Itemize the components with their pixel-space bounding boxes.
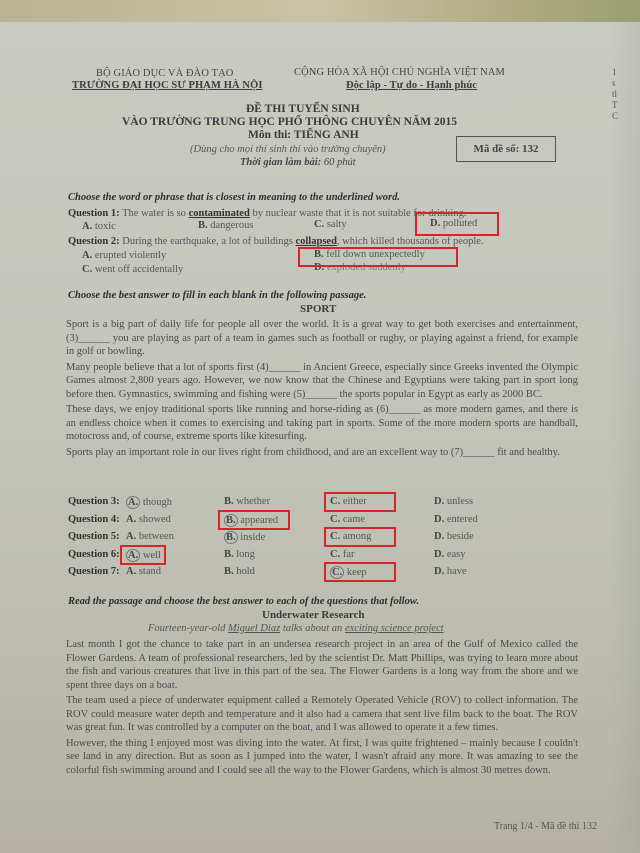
exam-code-label: Mã đề số: [473, 143, 519, 155]
republic-name: CỘNG HÒA XÃ HỘI CHỦ NGHĨA VIỆT NAM [294, 67, 505, 78]
section3-instruction: Read the passage and choose the best ans… [68, 596, 419, 607]
answer-mark-q6 [120, 545, 166, 565]
passage-paragraph: Sports play an important role in our liv… [66, 446, 578, 460]
adjacent-sheet-edge: 1stlTC [612, 67, 618, 122]
time-line: Thời gian làm bài: 60 phút [240, 157, 356, 168]
question-1-keyword: contaminated [189, 208, 250, 219]
q7-option-a[interactable]: A. stand [126, 566, 161, 577]
q3-option-d[interactable]: D. unless [434, 496, 473, 507]
question-2-label: Question 2: [68, 236, 120, 247]
motto: Độc lập - Tự do - Hạnh phúc [346, 80, 477, 91]
subject-label: Môn thi: [248, 129, 291, 141]
answer-mark-q2 [298, 247, 458, 267]
q6-option-b[interactable]: B. long [224, 549, 255, 560]
q4-option-d[interactable]: D. entered [434, 514, 478, 525]
q1-option-c[interactable]: C. salty [314, 219, 347, 230]
exam-note: (Dùng cho mọi thí sinh thi vào trường ch… [190, 144, 386, 155]
question-label: Question 3: [68, 496, 120, 507]
q6-option-c[interactable]: C. far [330, 549, 355, 560]
page-footer: Trang 1/4 - Mã đề thi 132 [494, 821, 597, 832]
question-2-text: During the earthquake, a lot of building… [122, 236, 293, 247]
university-name: TRƯỜNG ĐẠI HỌC SƯ PHẠM HÀ NỘI [72, 80, 263, 91]
section2-instruction: Choose the best answer to fill in each b… [68, 290, 366, 301]
section1-instruction: Choose the word or phrase that is closes… [68, 192, 400, 203]
q7-option-b[interactable]: B. hold [224, 566, 255, 577]
answer-mark-q4 [218, 510, 290, 530]
question-2-keyword: collapsed [295, 236, 336, 247]
ministry-name: BỘ GIÁO DỤC VÀ ĐÀO TẠO [96, 68, 233, 79]
q1-option-a[interactable]: A. toxic [82, 221, 116, 232]
exam-page: 1stlTC BỘ GIÁO DỤC VÀ ĐÀO TẠO TRƯỜNG ĐẠI… [0, 22, 640, 853]
question-label: Question 6: [68, 549, 120, 560]
q4-option-a[interactable]: A. showed [126, 514, 171, 525]
passage-sport: Sport is a big part of daily life for pe… [66, 318, 578, 461]
passage-paragraph: However, the thing I enjoyed most was di… [66, 737, 578, 778]
q6-option-d[interactable]: D. easy [434, 549, 466, 560]
passage-paragraph: The team used a piece of underwater equi… [66, 694, 578, 735]
q1-option-b[interactable]: B. dangerous [198, 220, 253, 231]
question-label: Question 7: [68, 566, 120, 577]
time-value: 60 phút [324, 157, 356, 168]
q5-option-b[interactable]: B. inside [224, 531, 265, 544]
passage-paragraph: These days, we enjoy traditional sports … [66, 403, 578, 444]
passage-title-sport: SPORT [300, 303, 336, 315]
q2-option-c[interactable]: C. went off accidentally [82, 264, 183, 275]
passage-paragraph: Many people believe that a lot of sports… [66, 361, 578, 402]
passage-subtitle: Fourteen-year-old Miguel Diaz talks abou… [148, 623, 444, 634]
exam-code: 132 [522, 143, 539, 155]
question-1: Question 1: The water is so contaminated… [68, 208, 466, 219]
question-1-label: Question 1: [68, 208, 120, 219]
passage-underwater: Last month I got the chance to take part… [66, 638, 578, 779]
q4-option-c[interactable]: C. came [330, 514, 365, 525]
q2-option-a[interactable]: A. erupted violently [82, 250, 166, 261]
exam-title: ĐỀ THI TUYỂN SINH [246, 103, 360, 115]
exam-code-box: Mã đề số: 132 [456, 136, 556, 162]
question-label: Question 5: [68, 531, 120, 542]
question-2-text-end: , which killed thousands of people. [337, 236, 484, 247]
q5-option-a[interactable]: A. between [126, 531, 174, 542]
answer-mark-q7 [324, 562, 396, 582]
q3-option-b[interactable]: B. whether [224, 496, 270, 507]
question-1-text: The water is so [122, 208, 186, 219]
subject-value: TIẾNG ANH [294, 129, 359, 141]
exam-subtitle: VÀO TRƯỜNG TRUNG HỌC PHỔ THÔNG CHUYÊN NĂ… [122, 116, 457, 128]
passage-title-underwater: Underwater Research [262, 609, 365, 621]
time-label: Thời gian làm bài: [240, 157, 321, 168]
answer-mark-q5 [324, 527, 396, 547]
passage-paragraph: Sport is a big part of daily life for pe… [66, 318, 578, 359]
q3-option-a[interactable]: A. though [126, 496, 172, 509]
q5-option-d[interactable]: D. beside [434, 531, 474, 542]
passage-paragraph: Last month I got the chance to take part… [66, 638, 578, 692]
answer-mark-q1 [415, 212, 499, 236]
q7-option-d[interactable]: D. have [434, 566, 467, 577]
answer-mark-q3 [324, 492, 396, 512]
question-2: Question 2: During the earthquake, a lot… [68, 236, 484, 247]
subject-line: Môn thi: TIẾNG ANH [248, 129, 359, 141]
question-label: Question 4: [68, 514, 120, 525]
